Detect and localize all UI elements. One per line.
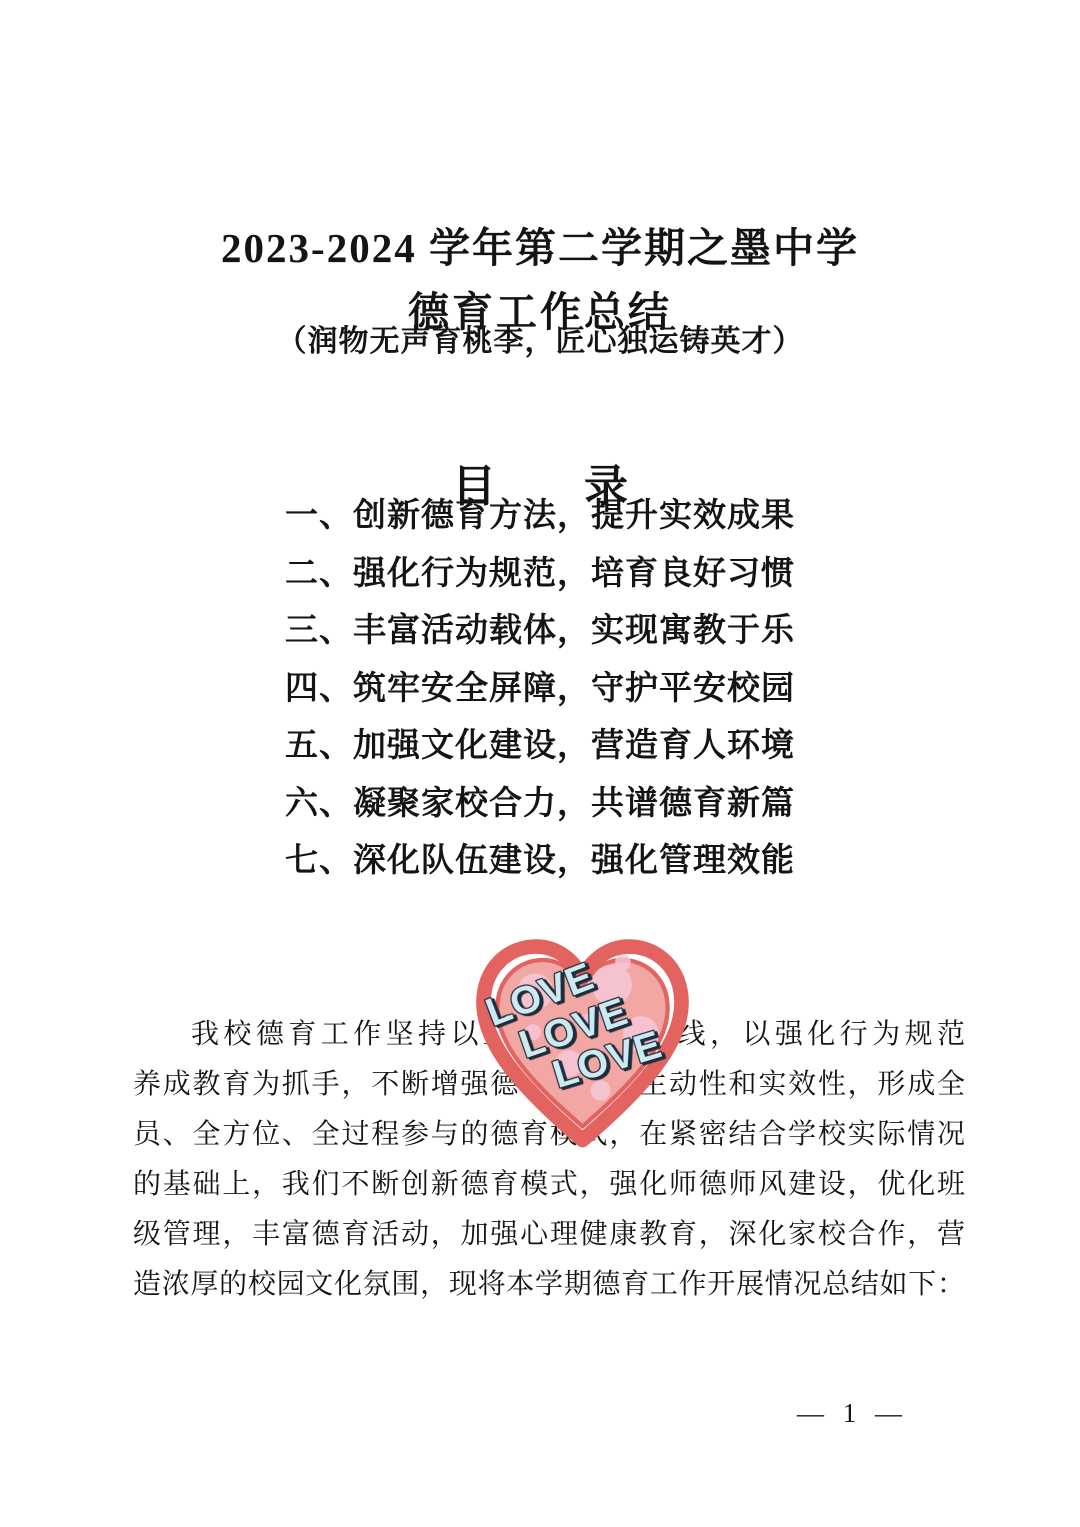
toc-item-6: 六、凝聚家校合力，共谱德育新篇 [0, 776, 1080, 834]
toc-item-2: 二、强化行为规范，培育良好习惯 [0, 546, 1080, 604]
document-subtitle: （润物无声育桃李，匠心独运铸英才） [0, 323, 1080, 361]
body-line-4: 的基础上，我们不断创新德育模式，强化师德师风建设，优化班 [133, 1160, 965, 1210]
toc-item-7: 七、深化队伍建设，强化管理效能 [0, 833, 1080, 891]
toc-item-3: 三、丰富活动载体，实现寓教于乐 [0, 603, 1080, 661]
toc-item-1: 一、创新德育方法，提升实效成果 [0, 488, 1080, 546]
love-heart-sticker: LOVE LOVE LOVE [470, 933, 695, 1149]
heart-icon: LOVE LOVE LOVE [470, 933, 695, 1149]
page-number: — 1 — [797, 1398, 908, 1429]
document-title-line1: 2023-2024 学年第二学期之墨中学 [0, 223, 1080, 273]
body-line-5: 级管理，丰富德育活动，加强心理健康教育，深化家校合作，营 [133, 1210, 965, 1260]
body-line-6: 造浓厚的校园文化氛围，现将本学期德育工作开展情况总结如下： [133, 1260, 965, 1310]
toc-item-5: 五、加强文化建设，营造育人环境 [0, 718, 1080, 776]
document-page: 2023-2024 学年第二学期之墨中学 德育工作总结 （润物无声育桃李，匠心独… [0, 0, 1080, 1527]
toc-list: 一、创新德育方法，提升实效成果 二、强化行为规范，培育良好习惯 三、丰富活动载体… [0, 488, 1080, 891]
toc-item-4: 四、筑牢安全屏障，守护平安校园 [0, 661, 1080, 719]
